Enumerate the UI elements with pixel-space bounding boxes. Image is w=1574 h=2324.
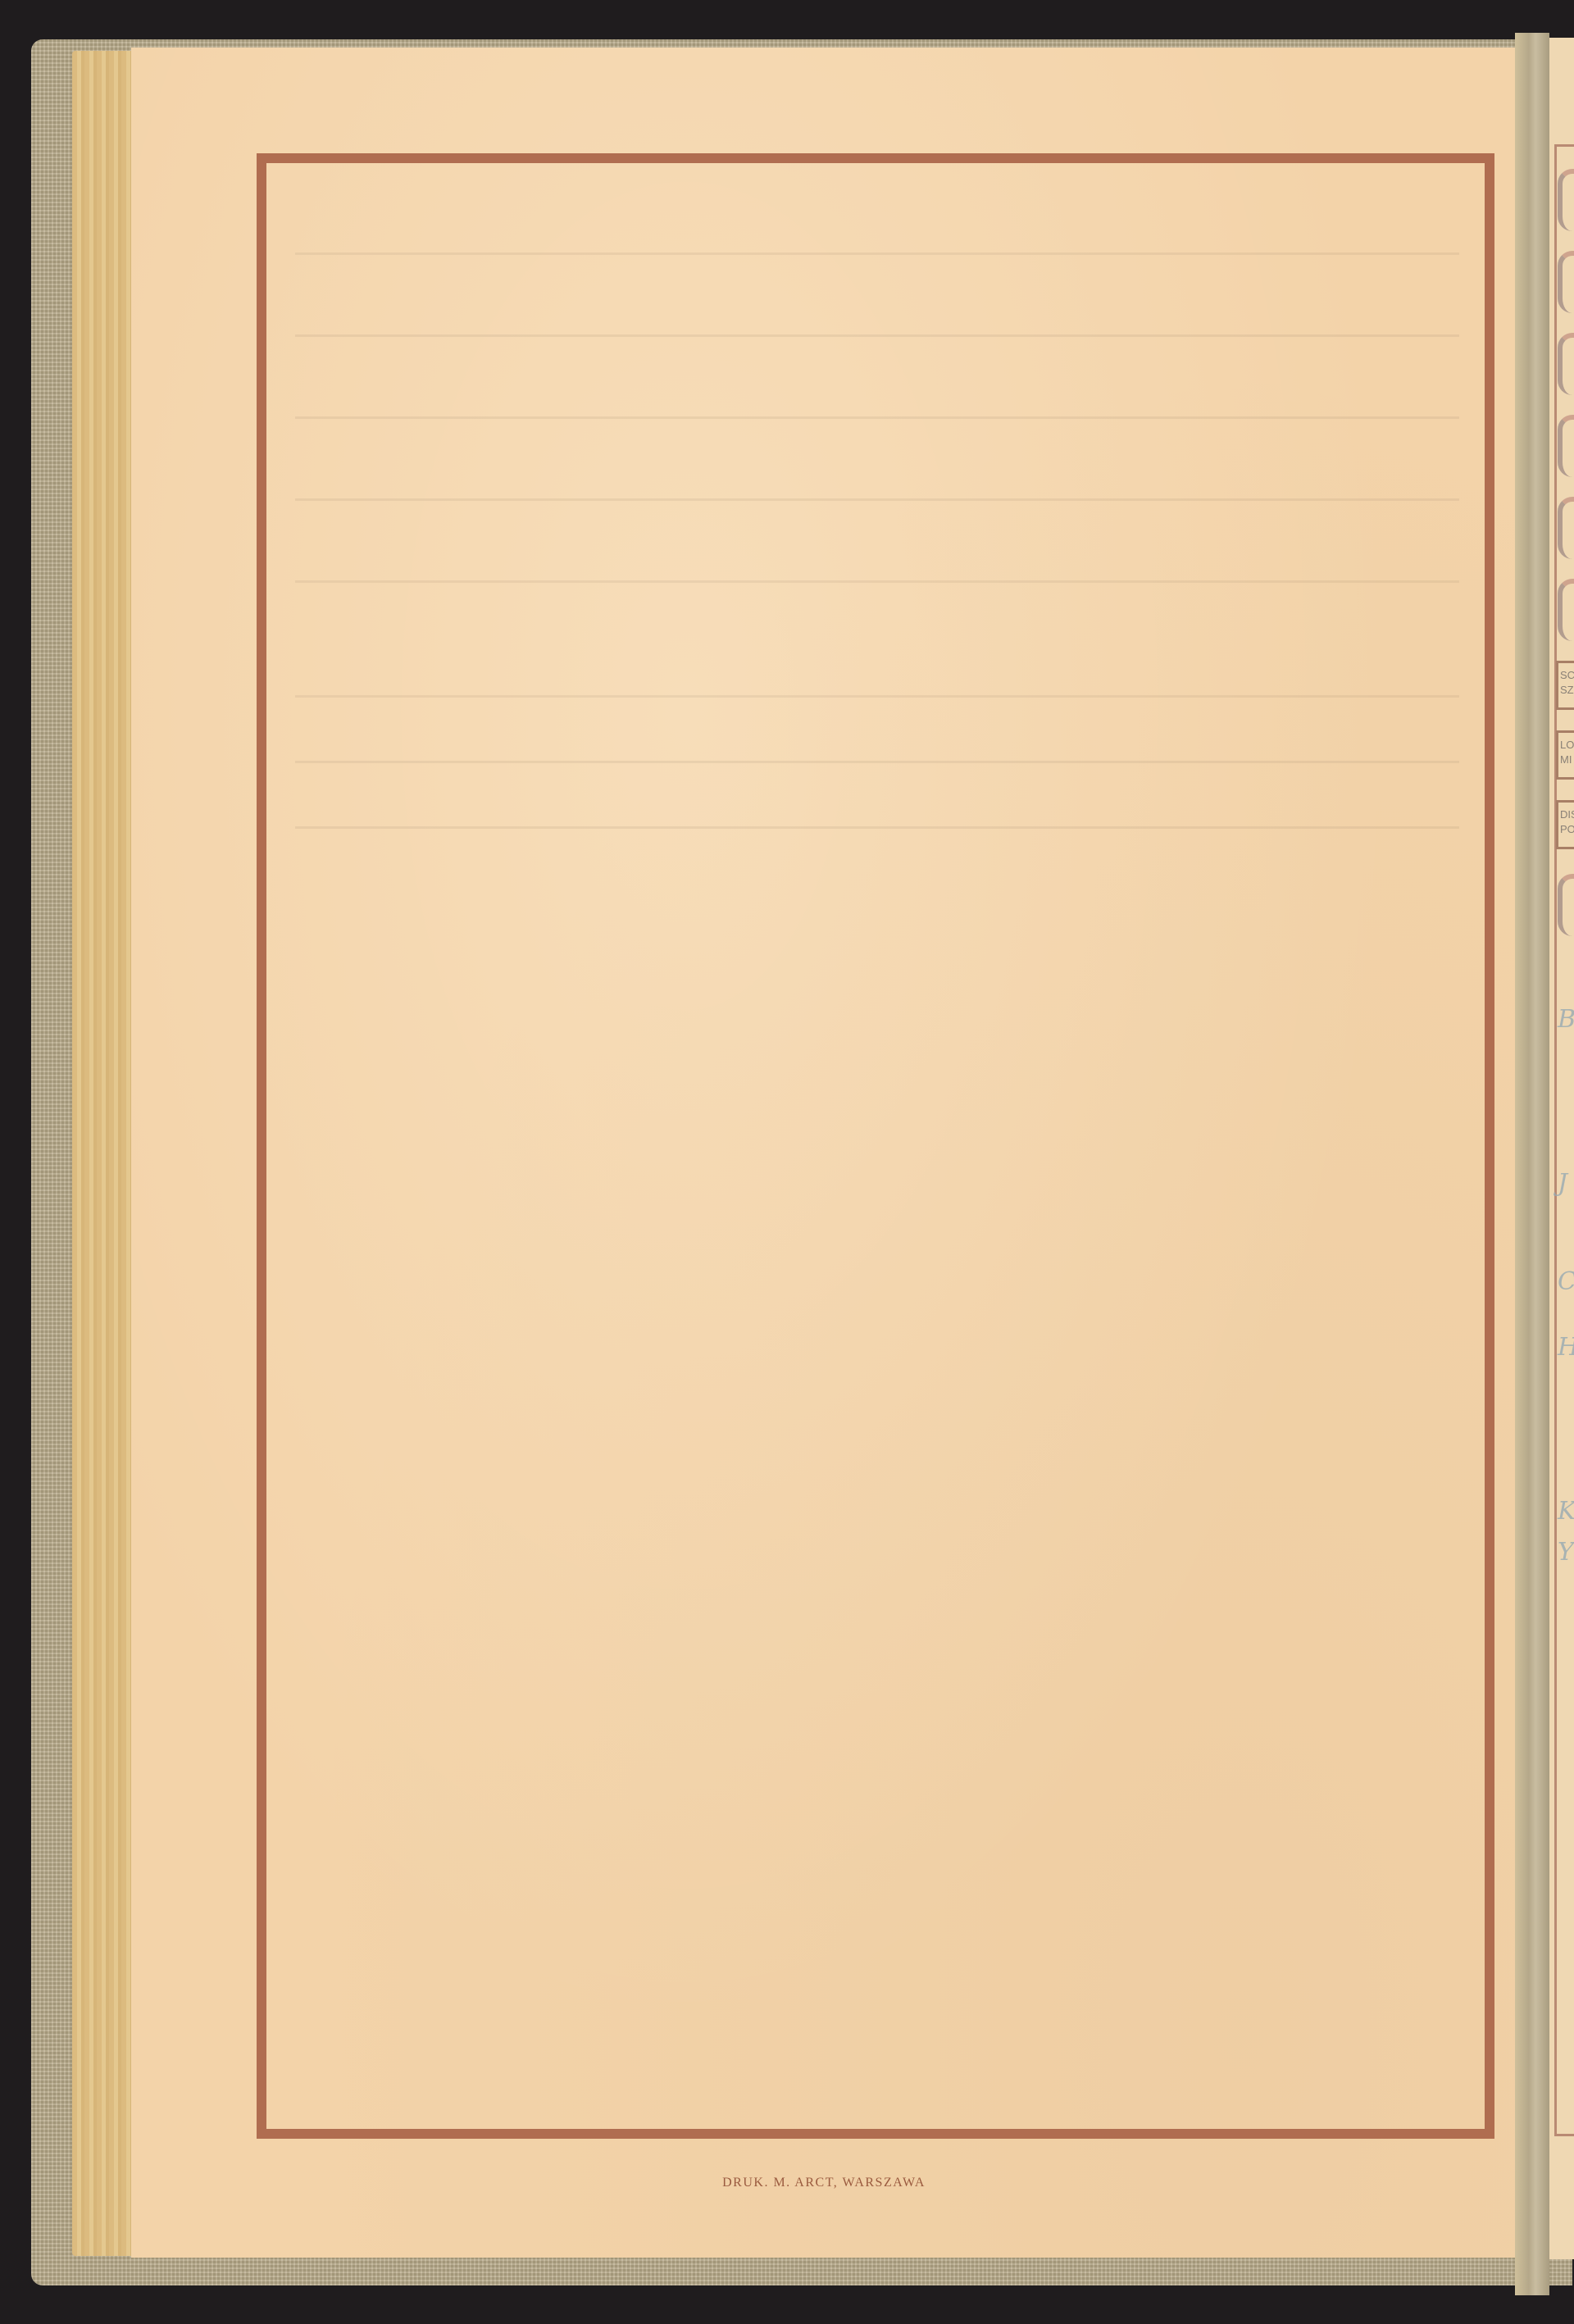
ornament-icon xyxy=(1558,251,1574,313)
right-page-sliver: SCH SZL LO MI DIS PO B J C H K Y xyxy=(1549,38,1574,2259)
printer-imprint: DRUK. M. ARCT, WARSZAWA xyxy=(131,2176,1517,2190)
handwriting-fragment: C xyxy=(1558,1267,1574,1296)
decorative-frame-border xyxy=(257,153,1494,2139)
handwriting-fragment: Y xyxy=(1558,1538,1574,1567)
handwriting-fragment: H xyxy=(1558,1333,1574,1362)
left-page: DRUK. M. ARCT, WARSZAWA xyxy=(131,48,1517,2258)
ornament-icon xyxy=(1558,874,1574,936)
handwriting-fragment: K xyxy=(1558,1497,1574,1526)
ornament-icon xyxy=(1558,579,1574,641)
right-page-label-box: DIS PO xyxy=(1556,800,1574,849)
ornament-icon xyxy=(1558,169,1574,231)
right-page-label-box: LO MI xyxy=(1556,730,1574,780)
handwriting-fragment: B xyxy=(1558,1005,1574,1034)
right-page-label-box: SCH SZL xyxy=(1556,661,1574,710)
ornament-icon xyxy=(1558,415,1574,477)
ornament-icon xyxy=(1558,333,1574,395)
handwriting-fragment: J xyxy=(1558,1169,1567,1198)
ornament-icon xyxy=(1558,497,1574,559)
book-gutter xyxy=(1515,33,1549,2295)
